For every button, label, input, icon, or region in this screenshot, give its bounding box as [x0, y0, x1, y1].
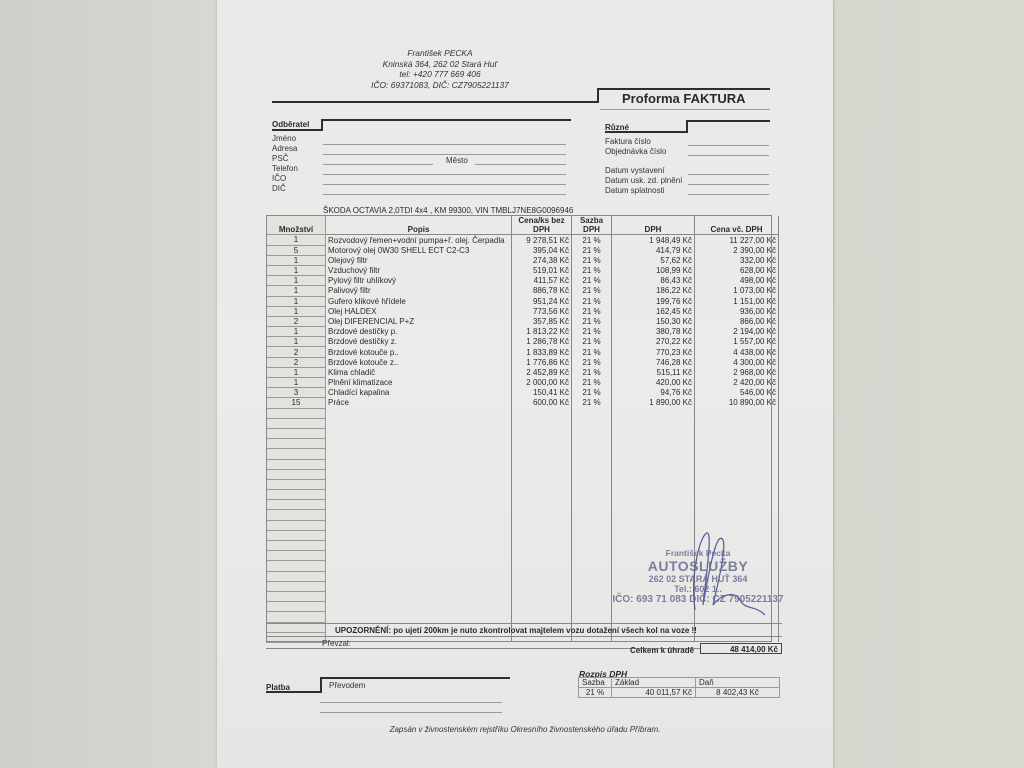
item-rate: 21 %: [572, 398, 612, 408]
table-row-empty: [267, 510, 779, 520]
label-order-no: Objednávka číslo: [605, 147, 666, 156]
item-qty: 1: [267, 367, 326, 377]
item-price: 2 452,89 Kč: [512, 367, 572, 377]
table-row: 2Brzdové kotouče z..1 776,86 Kč21 %746,2…: [267, 357, 779, 367]
item-desc: Gufero klikové hřídele: [326, 296, 512, 306]
item-total: 2 390,00 Kč: [695, 245, 779, 255]
vat-header-base: Základ: [612, 678, 696, 688]
document-title: Proforma FAKTURA: [622, 91, 746, 106]
item-desc: Olejový filtr: [326, 255, 512, 265]
item-qty: 1: [267, 296, 326, 306]
stamp-phone: Tel.: 602 1..: [608, 584, 788, 594]
item-desc: Brzdové kotouče z..: [326, 357, 512, 367]
table-row-empty: [267, 469, 779, 479]
item-total: 2 420,00 Kč: [695, 378, 779, 388]
table-row: 1Rozvodový řemen+vodní pumpa+ř. olej. Če…: [267, 235, 779, 245]
item-desc: Brzdové destičky p.: [326, 327, 512, 337]
registry-footer: Zapsán v živnostenském rejstříku Okresní…: [250, 725, 800, 734]
table-row-empty: [267, 449, 779, 459]
item-price: 1 813,22 Kč: [512, 327, 572, 337]
table-row-empty: [267, 490, 779, 500]
item-total: 10 890,00 Kč: [695, 398, 779, 408]
item-rate: 21 %: [572, 357, 612, 367]
item-qty: 1: [267, 265, 326, 275]
table-row: 1Gufero klikové hřídele951,24 Kč21 %199,…: [267, 296, 779, 306]
item-price: 274,38 Kč: [512, 255, 572, 265]
item-vat: 186,22 Kč: [612, 286, 695, 296]
vat-header-tax: Daň: [696, 678, 780, 688]
item-qty: 1: [267, 276, 326, 286]
item-desc: Pylový filtr uhlíkový: [326, 276, 512, 286]
label-phone: Telefon: [272, 164, 298, 173]
field-name[interactable]: [323, 144, 566, 145]
item-total: 1 151,00 Kč: [695, 296, 779, 306]
seller-phone: tel: +420 777 669 406: [340, 69, 540, 80]
field-ico[interactable]: [323, 184, 566, 185]
vehicle-info: ŠKODA OCTAVIA 2,0TDI 4x4 , KM 99300, VIN…: [323, 206, 573, 215]
title-rule-left: [272, 101, 598, 103]
item-total: 866,00 Kč: [695, 316, 779, 326]
vat-row: 21 % 40 011,57 Kč 8 402,43 Kč: [579, 688, 780, 698]
item-vat: 414,79 Kč: [612, 245, 695, 255]
table-row: 1Vzduchový filtr519,01 Kč21 %108,99 Kč62…: [267, 265, 779, 275]
item-vat: 746,28 Kč: [612, 357, 695, 367]
customer-rule-b: [321, 119, 571, 121]
table-row-empty: [267, 500, 779, 510]
item-total: 1 073,00 Kč: [695, 286, 779, 296]
misc-rule-b: [686, 120, 770, 122]
label-due-date: Datum splatnosti: [605, 186, 665, 195]
warning-text: UPOZORNĚNÍ: po ujetí 200km je nuto zkont…: [335, 626, 697, 635]
item-vat: 57,62 Kč: [612, 255, 695, 265]
seller-info: František PECKA Kninská 364, 262 02 Star…: [340, 48, 540, 90]
item-price: 9 278,51 Kč: [512, 235, 572, 245]
item-rate: 21 %: [572, 378, 612, 388]
label-name: Jméno: [272, 134, 296, 143]
payment-rule-a: [266, 691, 321, 693]
field-issue-date[interactable]: [688, 174, 769, 175]
table-row-empty: [267, 479, 779, 489]
header-desc: Popis: [326, 225, 512, 235]
item-total: 2 968,00 Kč: [695, 367, 779, 377]
item-qty: 2: [267, 316, 326, 326]
header-price-2: DPH: [512, 225, 572, 235]
seller-ids: IČO: 69371083, DIČ: CZ7905221137: [340, 80, 540, 91]
item-qty: 1: [267, 255, 326, 265]
table-row-empty: [267, 408, 779, 418]
table-row: 1Olejový filtr274,38 Kč21 %57,62 Kč332,0…: [267, 255, 779, 265]
label-dic: DIČ: [272, 184, 286, 193]
title-rule-right: [597, 88, 770, 90]
misc-rule-a: [605, 131, 687, 133]
header-qty: Množství: [267, 225, 326, 235]
label-address: Adresa: [272, 144, 297, 153]
stamp-company: AUTOSLUŽBY: [608, 558, 788, 574]
item-vat: 270,22 Kč: [612, 337, 695, 347]
label-issue-date: Datum vystavení: [605, 166, 665, 175]
table-header-row-1: Cena/ks bez Sazba: [267, 216, 779, 226]
item-rate: 21 %: [572, 347, 612, 357]
table-row: 1Klima chladič2 452,89 Kč21 %515,11 Kč2 …: [267, 367, 779, 377]
payment-method: Převodem: [329, 681, 365, 690]
table-row: 1Palivový filtr886,78 Kč21 %186,22 Kč1 0…: [267, 286, 779, 296]
item-rate: 21 %: [572, 255, 612, 265]
table-row-empty: [267, 428, 779, 438]
customer-heading: Odběratel: [272, 120, 309, 129]
item-rate: 21 %: [572, 265, 612, 275]
table-row: 3Chladící kapalina150,41 Kč21 %94,76 Kč5…: [267, 388, 779, 398]
field-due-date[interactable]: [688, 194, 769, 195]
item-qty: 5: [267, 245, 326, 255]
warning-row-top: [266, 623, 782, 624]
item-total: 11 227,00 Kč: [695, 235, 779, 245]
item-rate: 21 %: [572, 306, 612, 316]
company-stamp: František Pecka AUTOSLUŽBY 262 02 STARÁ …: [608, 548, 788, 605]
table-row: 1Pylový filtr uhlíkový411,57 Kč21 %86,43…: [267, 276, 779, 286]
desk-background-left: [0, 0, 217, 768]
header-vat: DPH: [612, 225, 695, 235]
vat-tax: 8 402,43 Kč: [696, 688, 780, 698]
received-by-label: Převzal:: [322, 639, 351, 648]
item-qty: 1: [267, 378, 326, 388]
stamp-address: 262 02 STARÁ HUŤ 364: [608, 574, 788, 584]
item-price: 1 833,89 Kč: [512, 347, 572, 357]
warning-row-bottom: [266, 636, 782, 637]
item-vat: 86,43 Kč: [612, 276, 695, 286]
seller-address: Kninská 364, 262 02 Stará Huť: [340, 59, 540, 70]
payment-rule-b: [320, 677, 510, 679]
table-row: 1Brzdové destičky p.1 813,22 Kč21 %380,7…: [267, 327, 779, 337]
vat-rate: 21 %: [579, 688, 612, 698]
table-row-empty: [267, 439, 779, 449]
item-vat: 1 890,00 Kč: [612, 398, 695, 408]
title-underline: [600, 109, 770, 110]
vat-header-rate: Sazba: [579, 678, 612, 688]
table-row: 2Brzdové kotouče p..1 833,89 Kč21 %770,2…: [267, 347, 779, 357]
table-row-empty: [267, 418, 779, 428]
item-rate: 21 %: [572, 235, 612, 245]
item-qty: 2: [267, 347, 326, 357]
item-rate: 21 %: [572, 388, 612, 398]
item-vat: 380,78 Kč: [612, 327, 695, 337]
item-desc: Plnění klimatizace: [326, 378, 512, 388]
item-desc: Klima chladič: [326, 367, 512, 377]
item-rate: 21 %: [572, 337, 612, 347]
item-qty: 1: [267, 306, 326, 316]
item-price: 519,01 Kč: [512, 265, 572, 275]
item-desc: Brzdové kotouče p..: [326, 347, 512, 357]
header-total: Cena vč. DPH: [695, 225, 779, 235]
item-price: 886,78 Kč: [512, 286, 572, 296]
title-rule-step: [597, 88, 599, 103]
item-rate: 21 %: [572, 367, 612, 377]
item-desc: Olej HALDEX: [326, 306, 512, 316]
vat-breakdown-table: Sazba Základ Daň 21 % 40 011,57 Kč 8 402…: [578, 677, 780, 698]
label-taxable-date: Datum usk. zd. plnění: [605, 176, 682, 185]
item-qty: 1: [267, 286, 326, 296]
item-qty: 1: [267, 327, 326, 337]
item-vat: 1 948,49 Kč: [612, 235, 695, 245]
header-rate-1: Sazba: [572, 216, 612, 226]
field-phone[interactable]: [323, 174, 566, 175]
field-city[interactable]: [475, 164, 566, 165]
field-taxable-date[interactable]: [688, 184, 769, 185]
table-row-empty: [267, 459, 779, 469]
field-address[interactable]: [323, 154, 566, 155]
item-desc: Rozvodový řemen+vodní pumpa+ř. olej. Čer…: [326, 235, 512, 245]
item-price: 2 000,00 Kč: [512, 378, 572, 388]
field-dic[interactable]: [323, 194, 566, 195]
item-rate: 21 %: [572, 286, 612, 296]
item-desc: Olej DIFERENCIAL P+Z: [326, 316, 512, 326]
item-price: 951,24 Kč: [512, 296, 572, 306]
item-vat: 94,76 Kč: [612, 388, 695, 398]
item-total: 936,00 Kč: [695, 306, 779, 316]
item-rate: 21 %: [572, 296, 612, 306]
item-vat: 420,00 Kč: [612, 378, 695, 388]
item-vat: 108,99 Kč: [612, 265, 695, 275]
stamp-ids: IČO: 693 71 083 DIČ: CZ 7905221137: [608, 594, 788, 605]
item-price: 600,00 Kč: [512, 398, 572, 408]
item-price: 411,57 Kč: [512, 276, 572, 286]
header-price-1: Cena/ks bez: [512, 216, 572, 226]
field-order-no[interactable]: [688, 155, 769, 156]
item-desc: Brzdové destičky z.: [326, 337, 512, 347]
label-ico: IČO: [272, 174, 286, 183]
item-price: 773,56 Kč: [512, 306, 572, 316]
item-vat: 515,11 Kč: [612, 367, 695, 377]
label-city: Město: [446, 156, 468, 165]
item-desc: Chladící kapalina: [326, 388, 512, 398]
item-desc: Motorový olej 0W30 SHELL ECT C2-C3: [326, 245, 512, 255]
item-desc: Vzduchový filtr: [326, 265, 512, 275]
item-price: 1 286,78 Kč: [512, 337, 572, 347]
item-qty: 1: [267, 337, 326, 347]
item-qty: 15: [267, 398, 326, 408]
field-zip[interactable]: [323, 164, 433, 165]
item-total: 4 300,00 Kč: [695, 357, 779, 367]
item-price: 357,85 Kč: [512, 316, 572, 326]
item-vat: 770,23 Kč: [612, 347, 695, 357]
item-vat: 150,30 Kč: [612, 316, 695, 326]
vat-base: 40 011,57 Kč: [612, 688, 696, 698]
item-total: 1 557,00 Kč: [695, 337, 779, 347]
item-qty: 2: [267, 357, 326, 367]
table-row: 5Motorový olej 0W30 SHELL ECT C2-C3395,0…: [267, 245, 779, 255]
grand-total-label: Celkem k úhradě: [630, 646, 694, 655]
item-total: 4 438,00 Kč: [695, 347, 779, 357]
item-total: 498,00 Kč: [695, 276, 779, 286]
seller-name: František PECKA: [340, 48, 540, 59]
item-desc: Palivový filtr: [326, 286, 512, 296]
table-row: 15Práce600,00 Kč21 %1 890,00 Kč10 890,00…: [267, 398, 779, 408]
table-row: 1Plnění klimatizace2 000,00 Kč21 %420,00…: [267, 378, 779, 388]
stamp-name: František Pecka: [608, 548, 788, 558]
payment-rule-step: [320, 677, 322, 693]
item-qty: 3: [267, 388, 326, 398]
table-header-row-2: Množství Popis DPH DPH DPH Cena vč. DPH: [267, 225, 779, 235]
item-total: 332,00 Kč: [695, 255, 779, 265]
item-total: 546,00 Kč: [695, 388, 779, 398]
item-qty: 1: [267, 235, 326, 245]
label-invoice-no: Faktura číslo: [605, 137, 651, 146]
customer-rule-a: [272, 129, 322, 131]
payment-line-2: [320, 712, 502, 713]
label-zip: PSČ: [272, 154, 288, 163]
desk-background-right: [833, 0, 1024, 768]
grand-total-value: 48 414,00 Kč: [700, 643, 782, 654]
table-row: 2Olej DIFERENCIAL P+Z357,85 Kč21 %150,30…: [267, 316, 779, 326]
field-invoice-no[interactable]: [688, 145, 769, 146]
item-rate: 21 %: [572, 327, 612, 337]
item-rate: 21 %: [572, 245, 612, 255]
table-row: 1Brzdové destičky z.1 286,78 Kč21 %270,2…: [267, 337, 779, 347]
item-rate: 21 %: [572, 316, 612, 326]
payment-line-1: [320, 702, 502, 703]
item-price: 395,04 Kč: [512, 245, 572, 255]
item-vat: 162,45 Kč: [612, 306, 695, 316]
table-row: 1Olej HALDEX773,56 Kč21 %162,45 Kč936,00…: [267, 306, 779, 316]
item-vat: 199,76 Kč: [612, 296, 695, 306]
item-rate: 21 %: [572, 276, 612, 286]
item-total: 2 194,00 Kč: [695, 327, 779, 337]
item-price: 1 776,86 Kč: [512, 357, 572, 367]
item-price: 150,41 Kč: [512, 388, 572, 398]
header-rate-2: DPH: [572, 225, 612, 235]
item-total: 628,00 Kč: [695, 265, 779, 275]
item-desc: Práce: [326, 398, 512, 408]
vat-header-row: Sazba Základ Daň: [579, 678, 780, 688]
